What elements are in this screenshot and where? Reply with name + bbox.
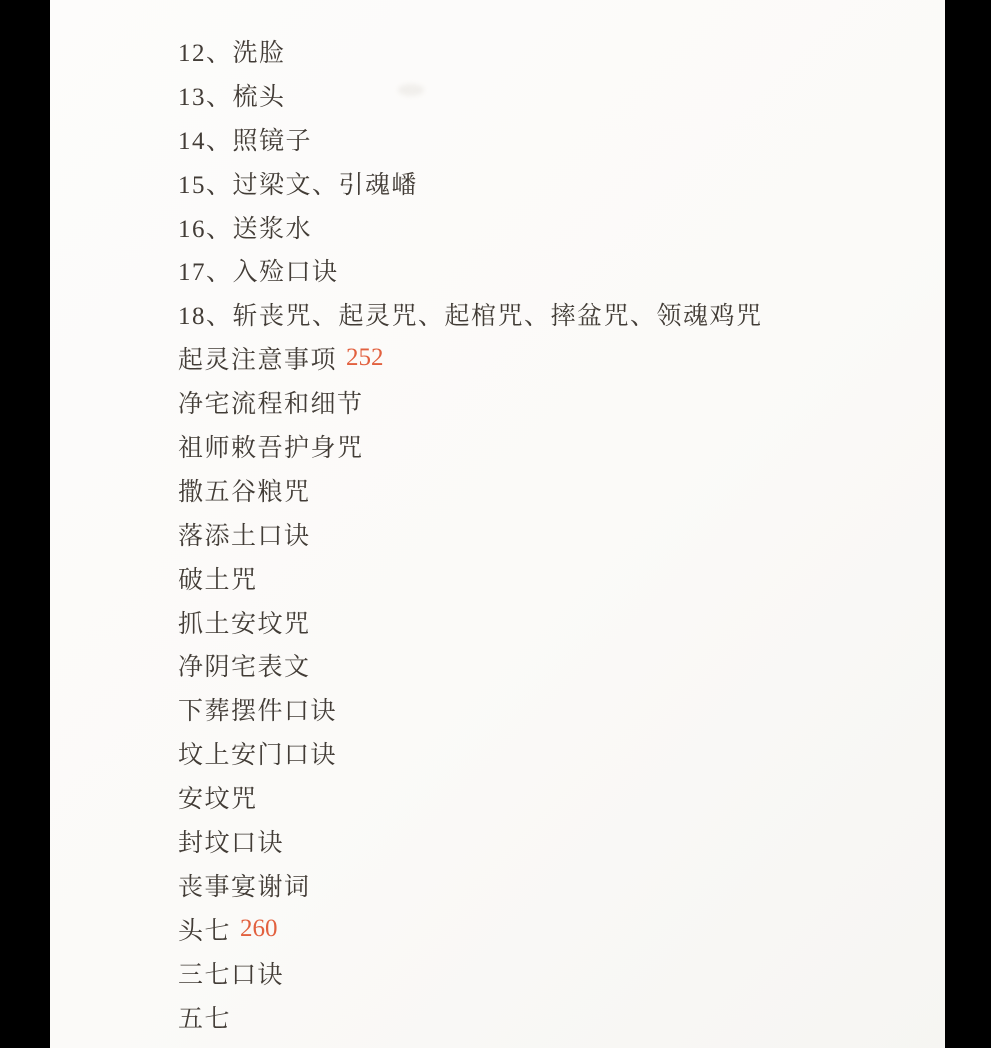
toc-item: 破土咒 — [178, 556, 918, 600]
toc-item-label: 13、梳头 — [178, 77, 286, 113]
toc-item-page-number: 260 — [240, 915, 278, 943]
toc-item-label: 18、斩丧咒、起灵咒、起棺咒、摔盆咒、领魂鸡咒 — [178, 296, 763, 332]
toc-item: 封坟口诀 — [178, 819, 918, 863]
toc-item-label: 头七 — [178, 911, 231, 947]
toc-item: 抓土安坟咒 — [178, 600, 918, 644]
toc-item: 祖师敕吾护身咒 — [178, 424, 918, 468]
toc-item: 16、送浆水 — [178, 205, 918, 249]
toc-item-label: 15、过梁文、引魂嶓 — [178, 165, 418, 201]
toc-item: 五七 — [178, 995, 918, 1039]
page-edge-bar-left — [0, 0, 50, 1048]
toc-item: 丧事宴谢词 — [178, 863, 918, 907]
toc-item-label: 破土咒 — [178, 560, 258, 596]
toc-item: 净阴宅表文 — [178, 643, 918, 687]
table-of-contents: 12、洗脸13、梳头14、照镜子15、过梁文、引魂嶓16、送浆水17、入殓口诀1… — [178, 29, 918, 1038]
toc-item: 三七口诀 — [178, 951, 918, 995]
toc-item-label: 16、送浆水 — [178, 209, 312, 245]
toc-item: 12、洗脸 — [178, 29, 918, 73]
toc-item-label: 起灵注意事项 — [178, 340, 337, 376]
toc-item: 15、过梁文、引魂嶓 — [178, 161, 918, 205]
toc-item: 18、斩丧咒、起灵咒、起棺咒、摔盆咒、领魂鸡咒 — [178, 292, 918, 336]
toc-item-label: 14、照镜子 — [178, 121, 312, 157]
toc-item-label: 净阴宅表文 — [178, 647, 311, 683]
toc-item: 下葬摆件口诀 — [178, 687, 918, 731]
toc-item-label: 净宅流程和细节 — [178, 384, 364, 420]
toc-item-label: 安坟咒 — [178, 779, 258, 815]
toc-item: 头七260 — [178, 907, 918, 951]
toc-item: 13、梳头 — [178, 73, 918, 117]
toc-item-label: 封坟口诀 — [178, 823, 284, 859]
toc-item: 撒五谷粮咒 — [178, 468, 918, 512]
toc-item: 坟上安门口诀 — [178, 731, 918, 775]
toc-item-label: 17、入殓口诀 — [178, 252, 339, 288]
toc-item: 安坟咒 — [178, 775, 918, 819]
toc-item-label: 祖师敕吾护身咒 — [178, 428, 364, 464]
page-edge-bar-right — [945, 0, 991, 1048]
toc-item-page-number: 252 — [346, 344, 384, 372]
toc-item-label: 12、洗脸 — [178, 33, 286, 69]
toc-item: 起灵注意事项252 — [178, 336, 918, 380]
toc-item-label: 撒五谷粮咒 — [178, 472, 311, 508]
toc-item: 17、入殓口诀 — [178, 248, 918, 292]
toc-item: 14、照镜子 — [178, 117, 918, 161]
toc-item-label: 抓土安坟咒 — [178, 604, 311, 640]
toc-item-label: 丧事宴谢词 — [178, 867, 311, 903]
toc-item-label: 坟上安门口诀 — [178, 735, 337, 771]
toc-item-label: 三七口诀 — [178, 955, 284, 991]
toc-item: 落添土口诀 — [178, 512, 918, 556]
toc-item-label: 五七 — [178, 999, 231, 1035]
toc-item-label: 下葬摆件口诀 — [178, 691, 337, 727]
toc-item-label: 落添土口诀 — [178, 516, 311, 552]
toc-item: 净宅流程和细节 — [178, 380, 918, 424]
